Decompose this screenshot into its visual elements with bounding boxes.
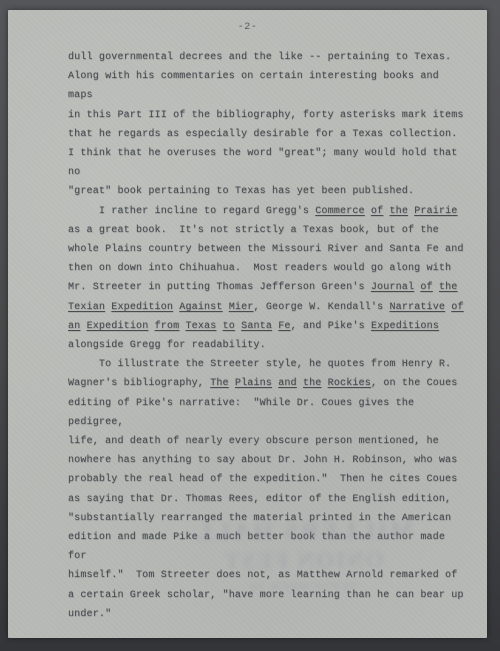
text-line: alongside Gregg for readability.: [68, 336, 469, 355]
text-line: whole Plains country between the Missour…: [68, 240, 469, 259]
text-line: under.": [68, 605, 469, 624]
text-line: as a great book. It's not strictly a Tex…: [68, 221, 469, 240]
text-line: a certain Greek scholar, "have more lear…: [68, 586, 469, 605]
body-text: dull governmental decrees and the like -…: [68, 48, 469, 624]
text-line: himself." Tom Streeter does not, as Matt…: [68, 566, 469, 585]
text-line: then on down into Chihuahua. Most reader…: [68, 259, 469, 278]
text-line: Along with his commentaries on certain i…: [68, 67, 469, 105]
text-line: To illustrate the Streeter style, he quo…: [68, 355, 469, 374]
text-line: in this Part III of the bibliography, fo…: [68, 106, 469, 125]
text-line: "substantially rearranged the material p…: [68, 509, 469, 528]
text-line: editing of Pike's narrative: "While Dr. …: [68, 394, 469, 432]
photo-backdrop: -2- dull governmental decrees and the li…: [0, 0, 500, 651]
text-line: I think that he overuses the word "great…: [68, 144, 469, 182]
text-line: nowhere has anything to say about Dr. Jo…: [68, 451, 469, 470]
document-page: -2- dull governmental decrees and the li…: [8, 10, 487, 638]
text-line: edition and made Pike a much better book…: [68, 528, 469, 566]
text-line: Texian Expedition Against Mier, George W…: [68, 298, 469, 317]
page-number: -2-: [8, 22, 487, 33]
text-line: probably the real head of the expedition…: [68, 470, 469, 489]
text-line: an Expedition from Texas to Santa Fe, an…: [68, 317, 469, 336]
text-line: life, and death of nearly every obscure …: [68, 432, 469, 451]
text-line: Mr. Streeter in putting Thomas Jefferson…: [68, 278, 469, 297]
text-line: "great" book pertaining to Texas has yet…: [68, 182, 469, 201]
text-line: as saying that Dr. Thomas Rees, editor o…: [68, 490, 469, 509]
text-line: I rather incline to regard Gregg's Comme…: [68, 202, 469, 221]
text-line: dull governmental decrees and the like -…: [68, 48, 469, 67]
text-line: Wagner's bibliography, The Plains and th…: [68, 374, 469, 393]
text-line: that he regards as especially desirable …: [68, 125, 469, 144]
